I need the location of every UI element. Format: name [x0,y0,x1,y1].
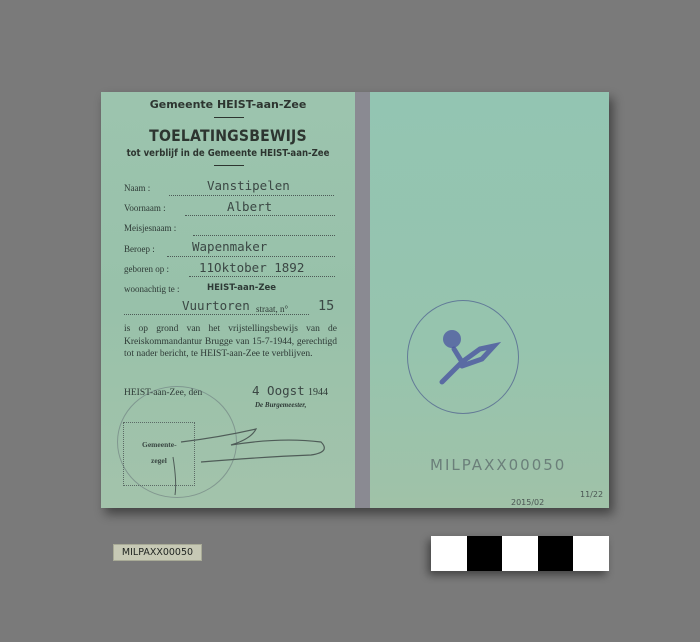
field-label-first-name: Voornaam : [124,203,166,213]
field-line [185,215,335,216]
field-label-profession: Beroep : [124,244,155,254]
document-subtitle: tot verblijf in de Gemeente HEIST-aan-Ze… [114,148,343,159]
field-label-maiden-name: Meisjesnaam : [124,223,176,233]
scale-segment-white [573,536,609,571]
pencil-inventory-id: MILPAXX00050 [430,456,566,474]
catalog-id-label: MILPAXX00050 [113,544,202,561]
admission-document: Gemeente HEIST-aan-Zee TOELATINGSBEWIJS … [101,92,609,508]
eagle-emblem-icon [432,324,502,389]
field-value-profession: Wapenmaker [192,239,267,254]
field-label-name: Naam : [124,183,150,193]
signature [161,417,331,497]
scale-segment-black [538,536,574,571]
issue-date: 4 Oogst [252,383,305,398]
municipality-header: Gemeente HEIST-aan-Zee [101,98,355,111]
field-line [167,256,335,257]
document-back-panel: MILPAXX00050 2015/02 11/22 [370,92,609,508]
document-title: TOELATINGSBEWIJS [116,126,340,145]
field-value-birth-date: 11Oktober 1892 [199,260,304,275]
divider [214,165,244,166]
pencil-note: 2015/02 [511,498,544,507]
document-front-panel: Gemeente HEIST-aan-Zee TOELATINGSBEWIJS … [101,92,355,508]
divider [214,117,244,118]
field-line [193,235,335,236]
street-suffix: straat, n° [256,304,288,314]
field-line [124,314,309,315]
scale-segment-white [431,536,467,571]
street-value: Vuurtoren [182,298,250,313]
scale-segment-black [467,536,503,571]
issue-year: 1944 [308,387,328,398]
pencil-note: 11/22 [580,490,603,499]
fold-gutter [355,92,370,508]
field-label-birth-date: geboren op : [124,264,169,274]
residence-town: HEIST-aan-Zee [207,283,276,293]
field-line [189,276,335,277]
residence-label: woonachtig te : [124,284,180,294]
house-number: 15 [318,298,334,314]
scale-bar [431,536,609,571]
permit-body-text: is op grond van het vrijstellingsbewijs … [124,323,337,361]
scale-segment-white [502,536,538,571]
signatory-title: De Burgemeester, [255,401,306,409]
field-value-name: Vanstipelen [207,178,290,193]
field-line [169,195,334,196]
field-value-first-name: Albert [227,199,272,214]
